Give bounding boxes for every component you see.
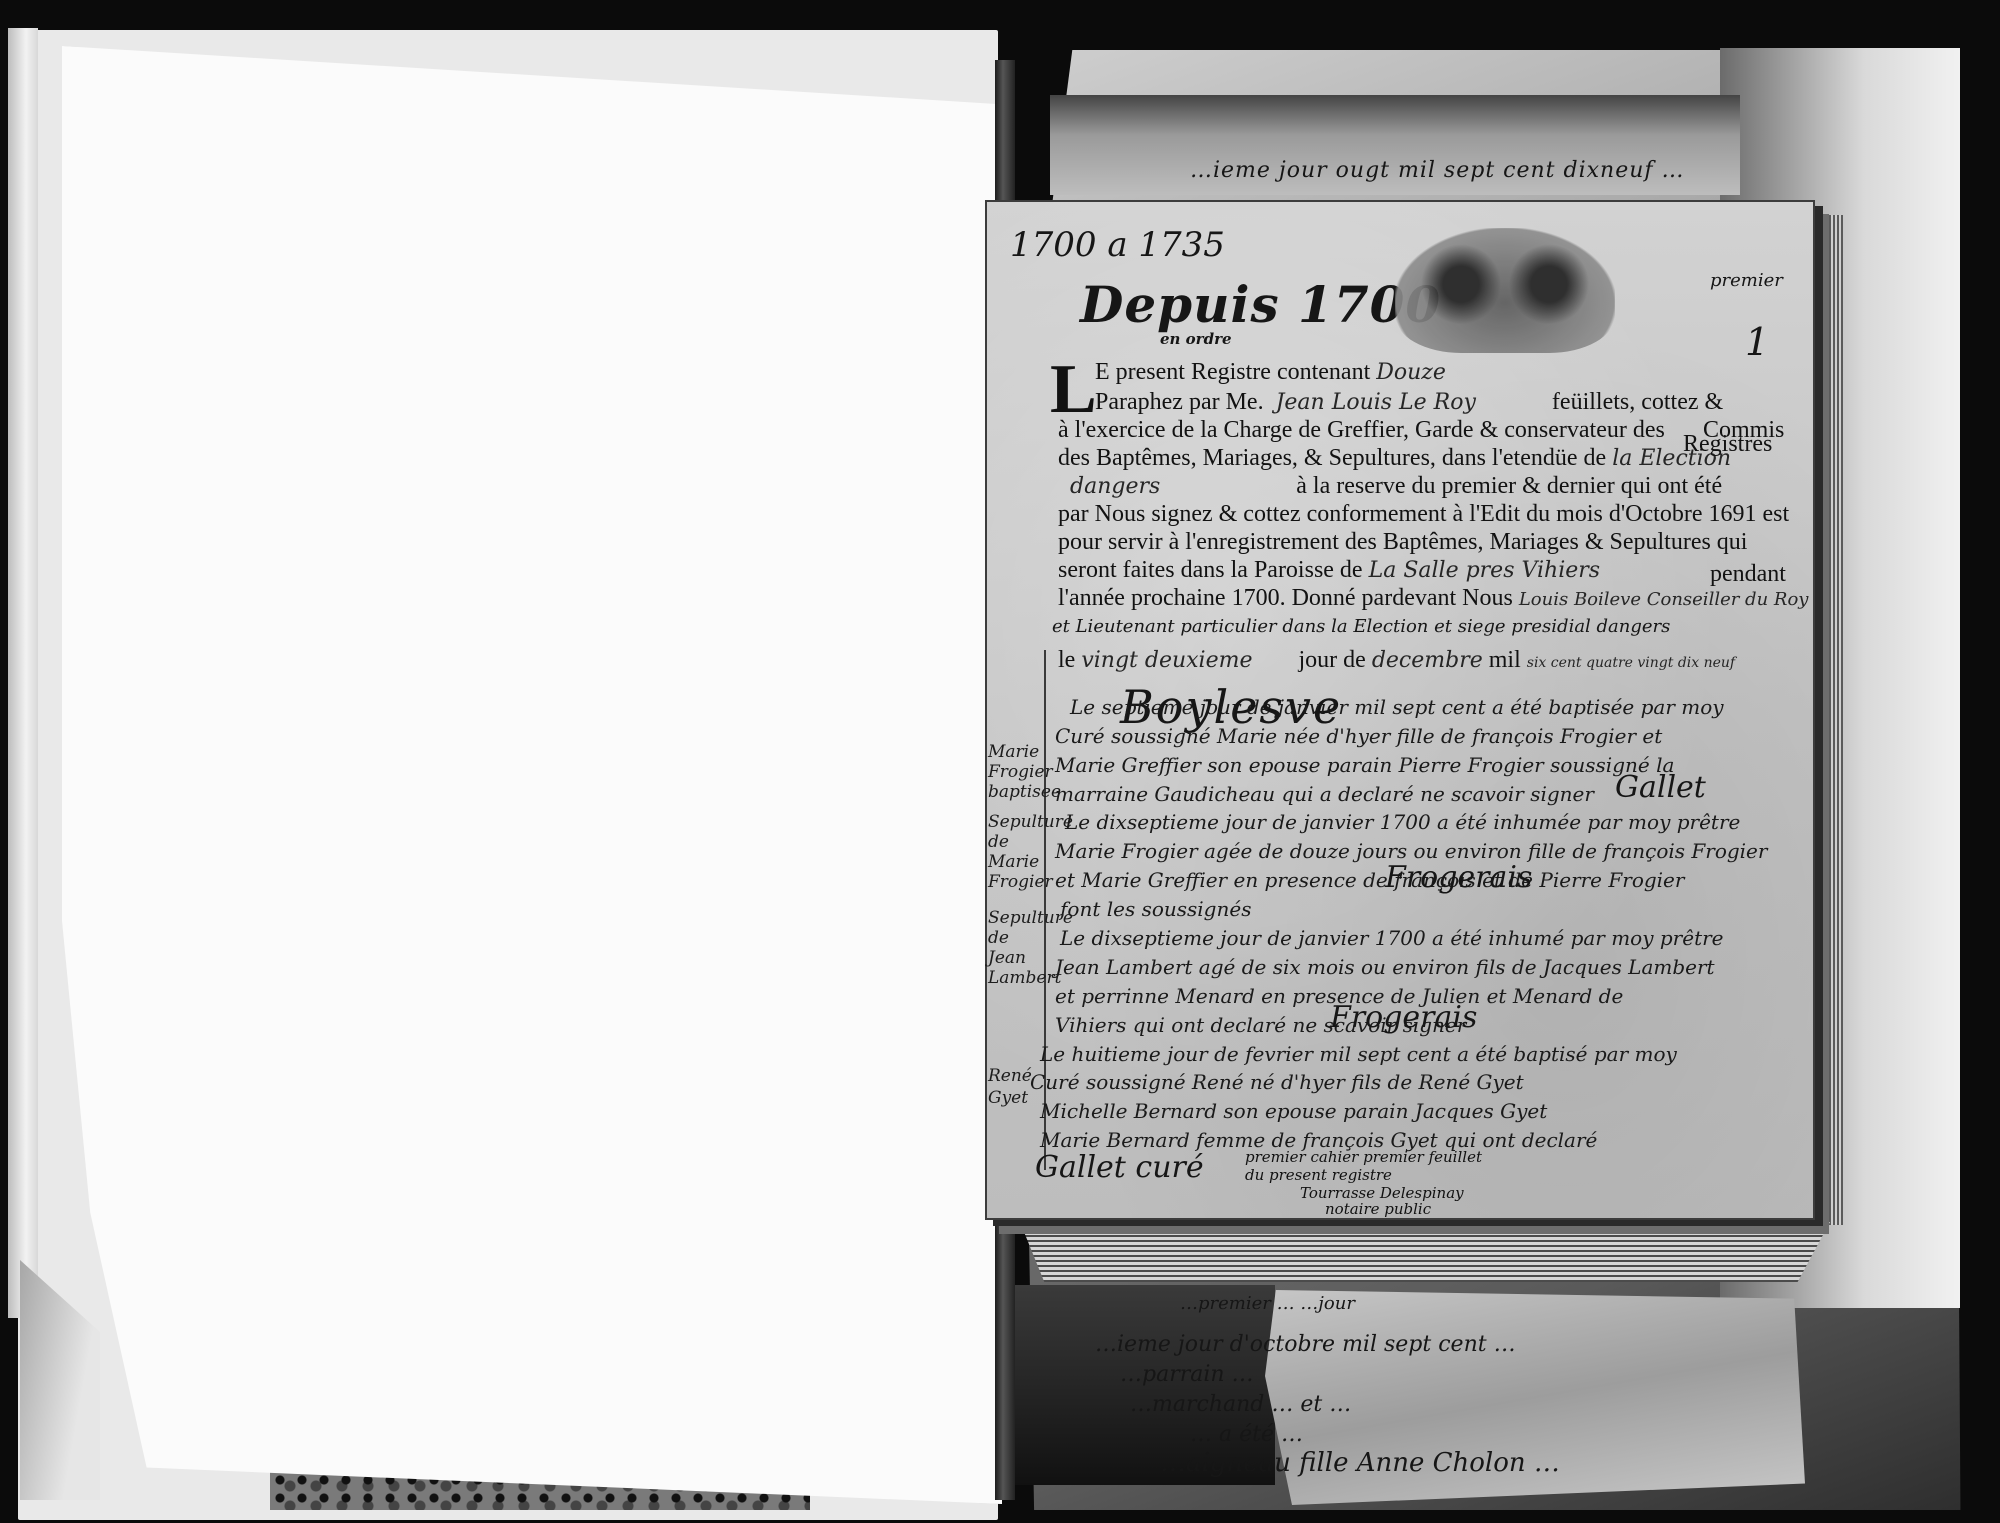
closing-note-line-2: du present registre [1245, 1166, 1392, 1184]
tax-stamp-seal [1395, 228, 1615, 353]
entry-4-line-2: Curé soussigné René né d'hyer fils de Re… [1030, 1070, 1524, 1094]
register-heading: Depuis 1700 [1080, 275, 1441, 334]
bottom-fragment-line-5: … a été … [1190, 1422, 1303, 1447]
entry-1-line-2: Curé soussigné Marie née d'hyer fille de… [1055, 724, 1662, 748]
entry-1-margin-note: Marie Frogier baptisee [988, 742, 1048, 802]
drop-cap-L: L [1050, 355, 1097, 425]
heading-annotation: en ordre [1160, 330, 1232, 348]
top-fragment-text: …ieme jour ougt mil sept cent dixneuf … [1190, 158, 1685, 183]
entry-2-line-3: et Marie Greffier en presence de françoi… [1055, 868, 1684, 892]
entry-3-signature: Frogerais [1330, 1000, 1477, 1035]
entry-2-line-4: font les soussignés [1060, 897, 1251, 921]
bottom-fragment-line-6: …aigneau fille Anne Cholon … [1160, 1448, 1560, 1478]
preamble-line-3: à l'exercice de la Charge de Greffier, G… [1058, 416, 1665, 444]
bottom-fragment-line-2: …ieme jour d'octobre mil sept cent … [1095, 1332, 1516, 1357]
preamble-line-11: le vingt deuxieme jour de decembre mil s… [1058, 646, 1735, 677]
entry-1-line-3: Marie Greffier son epouse parain Pierre … [1055, 753, 1674, 777]
entry-2-signature: Frogerais [1385, 860, 1532, 895]
bottom-fragment-line-1: …premier … …jour [1180, 1293, 1355, 1314]
bottom-fragment-line-4: …marchand … et … [1130, 1392, 1351, 1417]
entry-2-line-1: Le dixseptieme jour de janvier 1700 a ét… [1065, 810, 1740, 834]
preamble-line-10: et Lieutenant particulier dans la Electi… [1052, 616, 1670, 637]
preamble-line-5: dangers à la reserve du premier & dernie… [1070, 472, 1722, 501]
preamble-line-8: seront faites dans la Paroisse de La Sal… [1058, 556, 1600, 585]
entry-1-line-4: marraine Gaudicheau qui a declaré ne sca… [1055, 782, 1594, 806]
preamble-line-4-end: Registres [1683, 430, 1772, 458]
entry-4-signature: Gallet curé [1035, 1150, 1204, 1185]
preamble-line-7: pour servir à l'enregistrement des Baptê… [1058, 528, 1747, 556]
entry-1-signature: Gallet [1615, 770, 1706, 805]
entry-3-line-1: Le dixseptieme jour de janvier 1700 a ét… [1060, 926, 1724, 950]
preamble-line-1: E present Registre contenant Douze [1095, 358, 1446, 387]
page-stack-bottom-edge [1020, 1222, 1830, 1282]
entry-3-margin-note: Sepulture de Jean Lambert [988, 908, 1048, 988]
blank-left-page [62, 46, 1002, 1504]
date-range: 1700 a 1735 [1010, 225, 1225, 265]
closing-note-line-1: premier cahier premier feuillet [1245, 1148, 1482, 1166]
folio-label: premier [1710, 270, 1783, 291]
preamble-line-4: des Baptêmes, Mariages, & Sepultures, da… [1058, 444, 1731, 473]
bottom-fragment-line-3: …parrain … [1120, 1362, 1254, 1387]
folio-number: 1 [1745, 320, 1769, 364]
entry-4-line-1: Le huitieme jour de fevrier mil sept cen… [1040, 1042, 1677, 1066]
preamble-line-6: par Nous signez & cottez conformement à … [1058, 500, 1789, 528]
entry-4-line-3: Michelle Bernard son epouse parain Jacqu… [1040, 1099, 1547, 1123]
entry-3-line-2: Jean Lambert agé de six mois ou environ … [1055, 955, 1715, 979]
entry-2-margin-note: Sepulture de Marie Frogier [988, 812, 1048, 892]
entry-1-line-1: Le septieme jour de janvier mil sept cen… [1070, 695, 1724, 719]
closing-note-line-4: notaire public [1325, 1200, 1431, 1218]
preamble-line-2: Paraphez par Me. Jean Louis Le Roy feüil… [1095, 388, 1723, 417]
preamble-line-9-end: pendant [1710, 560, 1786, 588]
page-stack-right-edge [1815, 215, 1843, 1225]
preamble-line-9: l'année prochaine 1700. Donné pardevant … [1058, 584, 1808, 614]
left-sheet-edge-strip [8, 28, 38, 1318]
